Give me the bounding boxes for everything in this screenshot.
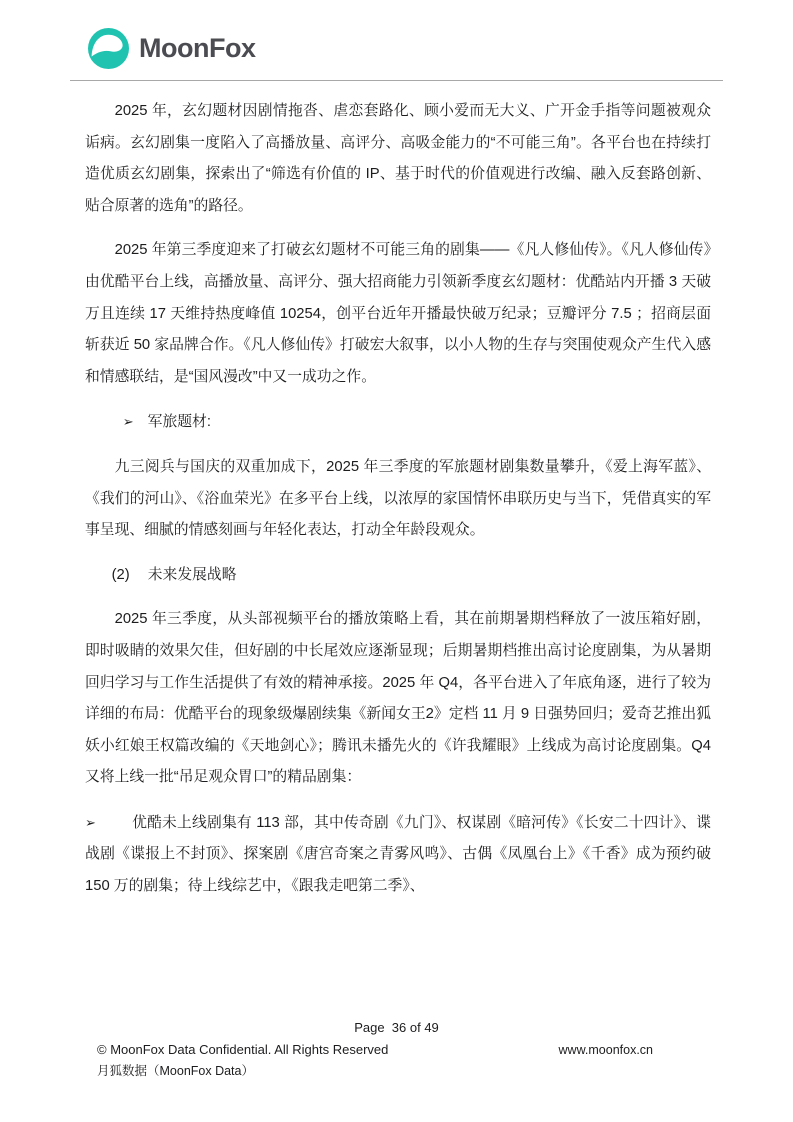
paragraph-fanren-xiuxian: 2025 年第三季度迎来了打破玄幻题材不可能三角的剧集——《凡人修仙传》。《凡人…: [85, 235, 711, 393]
footer-brand-line: 月狐数据（MoonFox Data）: [97, 1061, 793, 1079]
paragraph-fantasy-genre: 2025 年，玄幻题材因剧情拖沓、虐恋套路化、顾小爱而无大义、广开金手指等问题被…: [85, 96, 711, 222]
paragraph-q4-strategy: 2025 年三季度，从头部视频平台的播放策略上看，其在前期暑期档释放了一波压箱好…: [85, 604, 711, 794]
copyright-notice: © MoonFox Data Confidential. All Rights …: [97, 1042, 388, 1057]
bullet-military-theme: ➢军旅题材:: [85, 406, 711, 439]
footer-row: © MoonFox Data Confidential. All Rights …: [97, 1042, 653, 1057]
heading-text: 未来发展战略: [148, 567, 237, 583]
arrow-bullet-icon: ➢: [123, 414, 134, 429]
bullet-military-label: 军旅题材:: [148, 414, 211, 430]
heading-number: (2): [112, 567, 130, 583]
arrow-bullet-icon: ➢: [85, 815, 96, 830]
brand-name: MoonFox: [139, 33, 255, 64]
paragraph-military-detail: 九三阅兵与国庆的双重加成下，2025 年三季度的军旅题材剧集数量攀升，《爱上海军…: [85, 452, 711, 547]
header-divider: [70, 80, 723, 81]
bullet-youku-text: 优酷未上线剧集有 113 部，其中传奇剧《九门》、权谋剧《暗河传》《长安二十四计…: [85, 815, 711, 894]
moonfox-logo-icon: [88, 28, 129, 69]
document-page: MoonFox 2025 年，玄幻题材因剧情拖沓、虐恋套路化、顾小爱而无大义、广…: [0, 0, 793, 1122]
document-body: 2025 年，玄幻题材因剧情拖沓、虐恋套路化、顾小爱而无大义、广开金手指等问题被…: [85, 96, 711, 903]
page-header: MoonFox: [88, 28, 723, 69]
bullet-youku-upcoming: ➢优酷未上线剧集有 113 部，其中传奇剧《九门》、权谋剧《暗河传》《长安二十四…: [85, 807, 711, 903]
page-number: Page 36 of 49: [0, 1020, 793, 1035]
website-url: www.moonfox.cn: [559, 1043, 653, 1057]
moonfox-logo: MoonFox: [88, 28, 723, 69]
heading-future-strategy: (2)未来发展战略: [85, 560, 711, 592]
page-footer: Page 36 of 49 © MoonFox Data Confidentia…: [0, 1020, 793, 1079]
